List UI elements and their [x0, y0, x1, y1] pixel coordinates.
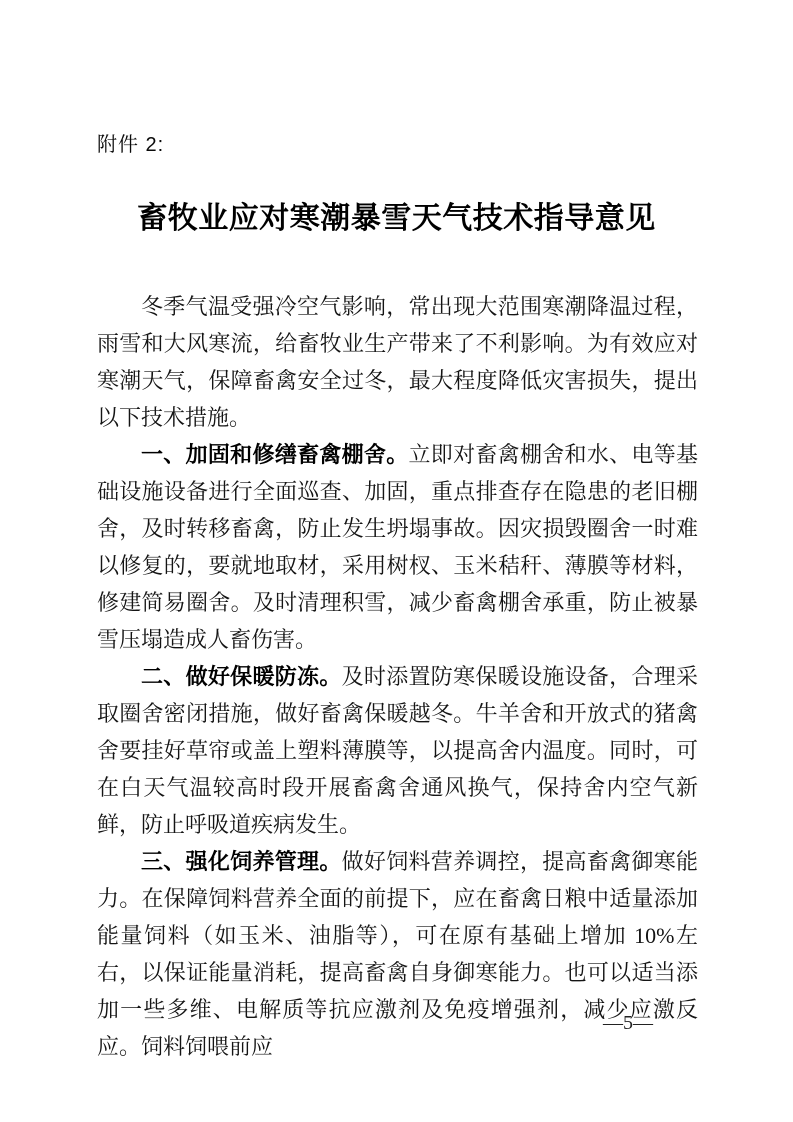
- document-body: 冬季气温受强冷空气影响，常出现大范围寒潮降温过程，雨雪和大风寒流，给畜牧业生产带…: [97, 288, 698, 1065]
- paragraph-text: 立即对畜禽棚舍和水、电等基础设施设备进行全面巡查、加固，重点排查存在隐患的老旧棚…: [97, 442, 698, 652]
- paragraph: 一、加固和修缮畜禽棚舍。立即对畜禽棚舍和水、电等基础设施设备进行全面巡查、加固，…: [97, 436, 698, 658]
- paragraph-lead: 二、做好保暖防冻。: [141, 664, 342, 689]
- paragraph-lead: 一、加固和修缮畜禽棚舍。: [141, 442, 409, 467]
- paragraph-text: 及时添置防寒保暖设施设备，合理采取圈舍密闭措施，做好畜禽保暖越冬。牛羊舍和开放式…: [97, 664, 698, 837]
- document-title: 畜牧业应对寒潮暴雪天气技术指导意见: [0, 197, 793, 241]
- paragraph-lead: 三、强化饲养管理。: [141, 849, 342, 874]
- paragraph-text: 冬季气温受强冷空气影响，常出现大范围寒潮降温过程，雨雪和大风寒流，给畜牧业生产带…: [97, 294, 698, 430]
- document-page: 附件 2: 畜牧业应对寒潮暴雪天气技术指导意见 冬季气温受强冷空气影响，常出现大…: [0, 0, 793, 1122]
- paragraph: 冬季气温受强冷空气影响，常出现大范围寒潮降温过程，雨雪和大风寒流，给畜牧业生产带…: [97, 288, 698, 436]
- attachment-label: 附件 2:: [97, 131, 164, 159]
- paragraph: 二、做好保暖防冻。及时添置防寒保暖设施设备，合理采取圈舍密闭措施，做好畜禽保暖越…: [97, 658, 698, 843]
- page-number: —5—: [603, 1011, 653, 1035]
